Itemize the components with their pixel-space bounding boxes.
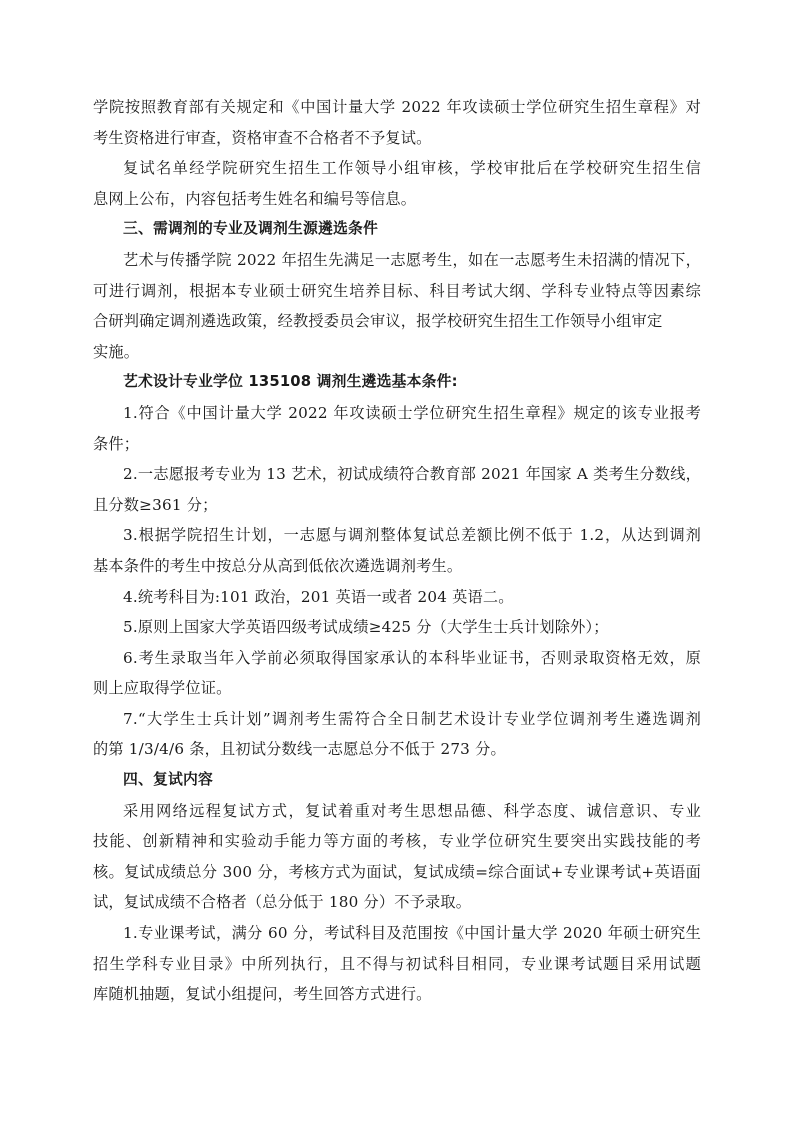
- section-heading: 四、复试内容: [93, 765, 701, 796]
- section-heading: 艺术设计专业学位 135108 调剂生遴选基本条件:: [93, 367, 701, 398]
- text-line: 学院按照教育部有关规定和《中国计量大学 2022 年攻读硕士学位研究生招生章程》…: [93, 92, 701, 123]
- text-line: 核。复试成绩总分 300 分，考核方式为面试，复试成绩=综合面试+专业课考试+英…: [93, 857, 701, 888]
- text-line: 库随机抽题，复试小组提问，考生回答方式进行。: [93, 979, 701, 1010]
- text-line: 条件；: [93, 429, 701, 460]
- text-line: 采用网络远程复试方式，复试着重对考生思想品德、科学态度、诚信意识、专业: [93, 796, 701, 827]
- text-line: 4.统考科目为:101 政治，201 英语一或者 204 英语二。: [93, 582, 701, 613]
- text-line: 6.考生录取当年入学前必须取得国家承认的本科毕业证书，否则录取资格无效，原: [93, 643, 701, 674]
- text-line: 实施。: [93, 337, 701, 368]
- text-line: 5.原则上国家大学英语四级考试成绩≥425 分（大学生士兵计划除外）；: [93, 612, 701, 643]
- text-line: 2.一志愿报考专业为 13 艺术，初试成绩符合教育部 2021 年国家 A 类考…: [93, 459, 701, 490]
- text-line: 合研判确定调剂遴选政策，经教授委员会审议，报学校研究生招生工作领导小组审定: [93, 306, 701, 337]
- document-page: 学院按照教育部有关规定和《中国计量大学 2022 年攻读硕士学位研究生招生章程》…: [93, 92, 701, 1010]
- text-line: 3.根据学院招生计划，一志愿与调剂整体复试总差额比例不低于 1.2，从达到调剂: [93, 520, 701, 551]
- text-line: 基本条件的考生中按总分从高到低依次遴选调剂考生。: [93, 551, 701, 582]
- text-line: 技能、创新精神和实验动手能力等方面的考核，专业学位研究生要突出实践技能的考: [93, 826, 701, 857]
- text-line: 且分数≥361 分；: [93, 490, 701, 521]
- text-line: 1.专业课考试，满分 60 分，考试科目及范围按《中国计量大学 2020 年硕士…: [93, 918, 701, 949]
- text-line: 则上应取得学位证。: [93, 673, 701, 704]
- text-line: 7.“大学生士兵计划”调剂考生需符合全日制艺术设计专业学位调剂考生遴选调剂: [93, 704, 701, 735]
- text-line: 考生资格进行审查，资格审查不合格者不予复试。: [93, 123, 701, 154]
- text-line: 艺术与传播学院 2022 年招生先满足一志愿考生，如在一志愿考生未招满的情况下，: [93, 245, 701, 276]
- text-line: 复试名单经学院研究生招生工作领导小组审核，学校审批后在学校研究生招生信: [93, 153, 701, 184]
- text-line: 试，复试成绩不合格者（总分低于 180 分）不予录取。: [93, 887, 701, 918]
- text-line: 可进行调剂，根据本专业硕士研究生培养目标、科目考试大纲、学科专业特点等因素综: [93, 276, 701, 307]
- text-line: 的第 1/3/4/6 条，且初试分数线一志愿总分不低于 273 分。: [93, 734, 701, 765]
- text-line: 息网上公布，内容包括考生姓名和编号等信息。: [93, 184, 701, 215]
- text-line: 1.符合《中国计量大学 2022 年攻读硕士学位研究生招生章程》规定的该专业报考: [93, 398, 701, 429]
- section-heading: 三、需调剂的专业及调剂生源遴选条件: [93, 214, 701, 245]
- text-line: 招生学科专业目录》中所列执行，且不得与初试科目相同，专业课考试题目采用试题: [93, 949, 701, 980]
